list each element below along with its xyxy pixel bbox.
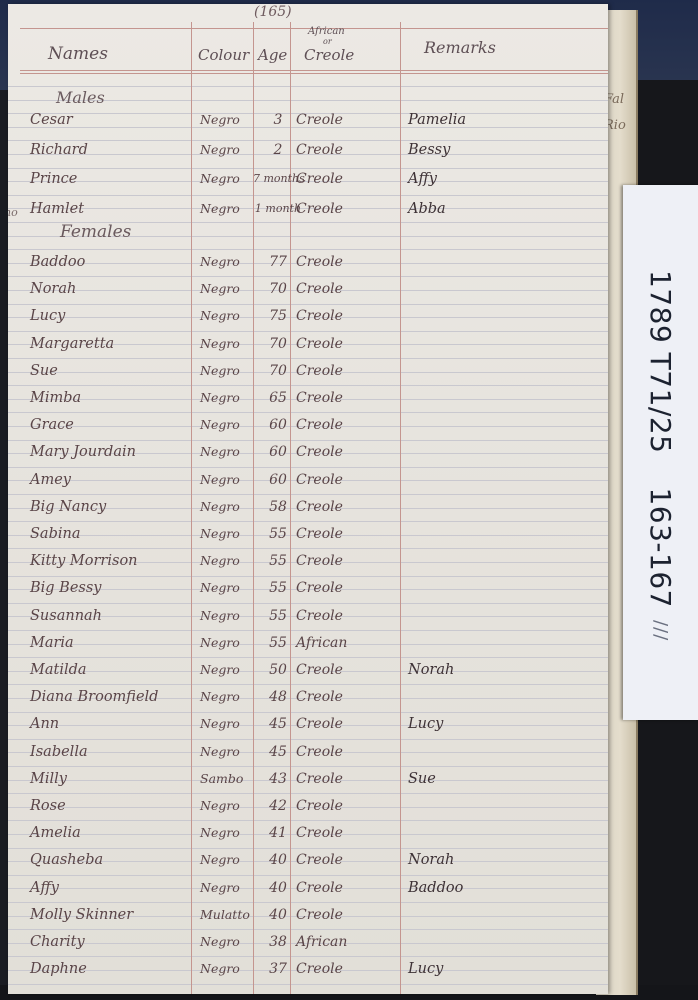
section-heading-females: Females bbox=[60, 222, 131, 242]
ledger-row: Kitty Morrison Negro 55 Creole bbox=[8, 549, 608, 573]
colour-cell: Negro bbox=[200, 440, 240, 464]
header-colour: Colour bbox=[198, 46, 249, 64]
origin-cell: Creole bbox=[296, 712, 343, 736]
colour-cell: Negro bbox=[200, 359, 240, 383]
age-cell: 70 bbox=[260, 277, 296, 301]
ledger-row: Big Nancy Negro 58 Creole bbox=[8, 495, 608, 519]
origin-cell: Creole bbox=[296, 108, 343, 132]
origin-cell: Creole bbox=[296, 138, 343, 162]
colour-cell: Negro bbox=[200, 876, 240, 900]
header-age: Age bbox=[258, 46, 287, 64]
origin-cell: Creole bbox=[296, 685, 343, 709]
age-cell: 55 bbox=[260, 604, 296, 628]
age-cell: 55 bbox=[260, 576, 296, 600]
name-cell: Charity bbox=[30, 930, 85, 954]
ledger-row: Ann Negro 45 Creole Lucy bbox=[8, 712, 608, 736]
ledger-row: Milly Sambo 43 Creole Sue bbox=[8, 767, 608, 791]
remarks-cell: Bessy bbox=[408, 138, 450, 162]
name-cell: Maria bbox=[30, 631, 74, 655]
ledger-page: (165) Names Colour Age African or Creole… bbox=[8, 4, 608, 994]
age-cell: 40 bbox=[260, 903, 296, 927]
age-cell: 60 bbox=[260, 468, 296, 492]
name-cell: Molly Skinner bbox=[30, 903, 133, 927]
colour-cell: Negro bbox=[200, 821, 240, 845]
name-cell: Rose bbox=[30, 794, 66, 818]
ledger-row: Diana Broomfield Negro 48 Creole bbox=[8, 685, 608, 709]
remarks-cell: Sue bbox=[408, 767, 436, 791]
age-cell: 55 bbox=[260, 549, 296, 573]
origin-cell: Creole bbox=[296, 604, 343, 628]
colour-cell: Negro bbox=[200, 957, 240, 981]
age-cell: 43 bbox=[260, 767, 296, 791]
colour-cell: Negro bbox=[200, 794, 240, 818]
name-cell: Diana Broomfield bbox=[30, 685, 158, 709]
name-cell: Prince bbox=[30, 167, 77, 191]
age-cell: 2 bbox=[260, 138, 296, 162]
ledger-row: Maria Negro 55 African bbox=[8, 631, 608, 655]
origin-cell: Creole bbox=[296, 903, 343, 927]
name-cell: Mimba bbox=[30, 386, 81, 410]
age-cell: 37 bbox=[260, 957, 296, 981]
ledger-row: Margaretta Negro 70 Creole bbox=[8, 332, 608, 356]
archive-tick-marks: /// bbox=[650, 620, 671, 641]
ledger-row: Cesar Negro 3 Creole Pamelia bbox=[8, 108, 608, 132]
name-cell: Sabina bbox=[30, 522, 80, 546]
origin-cell: Creole bbox=[296, 167, 343, 191]
origin-cell: Creole bbox=[296, 386, 343, 410]
colour-cell: Negro bbox=[200, 658, 240, 682]
name-cell: Susannah bbox=[30, 604, 102, 628]
origin-cell: Creole bbox=[296, 957, 343, 981]
origin-cell: Creole bbox=[296, 821, 343, 845]
age-cell: 75 bbox=[260, 304, 296, 328]
header-double-rule bbox=[20, 73, 608, 74]
ledger-row: Rose Negro 42 Creole bbox=[8, 794, 608, 818]
origin-cell: Creole bbox=[296, 197, 343, 221]
age-cell: 77 bbox=[260, 250, 296, 274]
name-cell: Big Bessy bbox=[30, 576, 102, 600]
age-cell: 60 bbox=[260, 440, 296, 464]
origin-cell: Creole bbox=[296, 413, 343, 437]
colour-cell: Negro bbox=[200, 167, 240, 191]
name-cell: Amelia bbox=[30, 821, 81, 845]
header-bottom-rule bbox=[20, 70, 608, 71]
origin-cell: Creole bbox=[296, 576, 343, 600]
remarks-cell: Lucy bbox=[408, 957, 443, 981]
ledger-row: Baddoo Negro 77 Creole bbox=[8, 250, 608, 274]
ledger-row: Quasheba Negro 40 Creole Norah bbox=[8, 848, 608, 872]
ledger-row: Daphne Negro 37 Creole Lucy bbox=[8, 957, 608, 981]
ledger-row: Big Bessy Negro 55 Creole bbox=[8, 576, 608, 600]
colour-cell: Negro bbox=[200, 386, 240, 410]
name-cell: Affy bbox=[30, 876, 59, 900]
header-creole: Creole bbox=[304, 46, 354, 64]
colour-cell: Sambo bbox=[200, 767, 243, 791]
name-cell: Daphne bbox=[30, 957, 87, 981]
age-cell: 42 bbox=[260, 794, 296, 818]
colour-cell: Negro bbox=[200, 495, 240, 519]
colour-cell: Negro bbox=[200, 413, 240, 437]
name-cell: Milly bbox=[30, 767, 67, 791]
colour-cell: Negro bbox=[200, 332, 240, 356]
archive-reference-label: 1789 T71/25 163-167 /// bbox=[623, 185, 698, 720]
ledger-row: Amey Negro 60 Creole bbox=[8, 468, 608, 492]
age-cell: 3 bbox=[260, 108, 296, 132]
ledger-row: Molly Skinner Mulatto 40 Creole bbox=[8, 903, 608, 927]
colour-cell: Negro bbox=[200, 848, 240, 872]
ledger-row: Affy Negro 40 Creole Baddoo bbox=[8, 876, 608, 900]
colour-cell: Negro bbox=[200, 304, 240, 328]
header-remarks: Remarks bbox=[424, 38, 496, 57]
header-names: Names bbox=[48, 44, 108, 64]
origin-cell: Creole bbox=[296, 549, 343, 573]
name-cell: Quasheba bbox=[30, 848, 103, 872]
origin-cell: Creole bbox=[296, 468, 343, 492]
ruled-line bbox=[8, 86, 608, 87]
ledger-row: Norah Negro 70 Creole bbox=[8, 277, 608, 301]
age-cell: 41 bbox=[260, 821, 296, 845]
name-cell: Mary Jourdain bbox=[30, 440, 136, 464]
ledger-row: Grace Negro 60 Creole bbox=[8, 413, 608, 437]
name-cell: Matilda bbox=[30, 658, 87, 682]
ledger-row: Amelia Negro 41 Creole bbox=[8, 821, 608, 845]
name-cell: Isabella bbox=[30, 740, 88, 764]
ledger-row: Mary Jourdain Negro 60 Creole bbox=[8, 440, 608, 464]
colour-cell: Negro bbox=[200, 631, 240, 655]
colour-cell: Negro bbox=[200, 108, 240, 132]
age-cell: 45 bbox=[260, 712, 296, 736]
colour-cell: Negro bbox=[200, 250, 240, 274]
origin-cell: Creole bbox=[296, 740, 343, 764]
age-cell: 55 bbox=[260, 522, 296, 546]
origin-cell: Creole bbox=[296, 250, 343, 274]
header-or: or bbox=[323, 37, 332, 46]
name-cell: Norah bbox=[30, 277, 76, 301]
origin-cell: Creole bbox=[296, 332, 343, 356]
origin-cell: Creole bbox=[296, 848, 343, 872]
colour-cell: Negro bbox=[200, 930, 240, 954]
remarks-cell: Lucy bbox=[408, 712, 443, 736]
colour-cell: Negro bbox=[200, 685, 240, 709]
ledger-row: Isabella Negro 45 Creole bbox=[8, 740, 608, 764]
age-cell: 65 bbox=[260, 386, 296, 410]
header-african: African bbox=[308, 26, 345, 37]
remarks-cell: Affy bbox=[408, 167, 437, 191]
age-cell: 50 bbox=[260, 658, 296, 682]
remarks-cell: Norah bbox=[408, 658, 454, 682]
age-cell: 40 bbox=[260, 876, 296, 900]
origin-cell: Creole bbox=[296, 522, 343, 546]
name-cell: Kitty Morrison bbox=[30, 549, 138, 573]
age-cell: 58 bbox=[260, 495, 296, 519]
name-cell: Sue bbox=[30, 359, 58, 383]
ledger-row: Sue Negro 70 Creole bbox=[8, 359, 608, 383]
ledger-row: Hamlet Negro 1 month Creole Abba bbox=[8, 197, 608, 221]
ledger-row: Richard Negro 2 Creole Bessy bbox=[8, 138, 608, 162]
name-cell: Baddoo bbox=[30, 250, 85, 274]
page-number: (165) bbox=[254, 4, 292, 20]
origin-cell: Creole bbox=[296, 876, 343, 900]
remarks-cell: Abba bbox=[408, 197, 446, 221]
origin-cell: Creole bbox=[296, 658, 343, 682]
ledger-row: Charity Negro 38 African bbox=[8, 930, 608, 954]
colour-cell: Negro bbox=[200, 277, 240, 301]
name-cell: Ann bbox=[30, 712, 59, 736]
age-cell: 70 bbox=[260, 359, 296, 383]
age-cell: 70 bbox=[260, 332, 296, 356]
name-cell: Margaretta bbox=[30, 332, 114, 356]
name-cell: Hamlet bbox=[30, 197, 84, 221]
origin-cell: African bbox=[296, 631, 347, 655]
age-cell: 55 bbox=[260, 631, 296, 655]
colour-cell: Negro bbox=[200, 522, 240, 546]
age-cell: 48 bbox=[260, 685, 296, 709]
colour-cell: Negro bbox=[200, 468, 240, 492]
remarks-cell: Pamelia bbox=[408, 108, 466, 132]
ledger-row: Sabina Negro 55 Creole bbox=[8, 522, 608, 546]
ledger-row: Lucy Negro 75 Creole bbox=[8, 304, 608, 328]
colour-cell: Negro bbox=[200, 138, 240, 162]
origin-cell: Creole bbox=[296, 304, 343, 328]
ledger-row: Prince Negro 7 months Creole Affy bbox=[8, 167, 608, 191]
ledger-row: Susannah Negro 55 Creole bbox=[8, 604, 608, 628]
ledger-row: Mimba Negro 65 Creole bbox=[8, 386, 608, 410]
colour-cell: Negro bbox=[200, 712, 240, 736]
name-cell: Cesar bbox=[30, 108, 73, 132]
name-cell: Lucy bbox=[30, 304, 65, 328]
remarks-cell: Baddoo bbox=[408, 876, 463, 900]
age-cell: 60 bbox=[260, 413, 296, 437]
origin-cell: Creole bbox=[296, 359, 343, 383]
origin-cell: Creole bbox=[296, 495, 343, 519]
origin-cell: Creole bbox=[296, 794, 343, 818]
colour-cell: Negro bbox=[200, 549, 240, 573]
age-cell: 38 bbox=[260, 930, 296, 954]
origin-cell: Creole bbox=[296, 767, 343, 791]
age-cell: 40 bbox=[260, 848, 296, 872]
section-heading-males: Males bbox=[56, 88, 105, 107]
name-cell: Big Nancy bbox=[30, 495, 106, 519]
name-cell: Amey bbox=[30, 468, 71, 492]
colour-cell: Negro bbox=[200, 197, 240, 221]
archive-reference: 1789 T71/25 bbox=[644, 270, 677, 453]
origin-cell: African bbox=[296, 930, 347, 954]
age-cell: 45 bbox=[260, 740, 296, 764]
colour-cell: Negro bbox=[200, 576, 240, 600]
colour-cell: Mulatto bbox=[200, 903, 250, 927]
colour-cell: Negro bbox=[200, 604, 240, 628]
ruled-line bbox=[8, 984, 608, 985]
colour-cell: Negro bbox=[200, 740, 240, 764]
origin-cell: Creole bbox=[296, 277, 343, 301]
name-cell: Grace bbox=[30, 413, 74, 437]
ledger-row: Matilda Negro 50 Creole Norah bbox=[8, 658, 608, 682]
remarks-cell: Norah bbox=[408, 848, 454, 872]
archive-folios: 163-167 bbox=[644, 487, 677, 608]
name-cell: Richard bbox=[30, 138, 88, 162]
origin-cell: Creole bbox=[296, 440, 343, 464]
